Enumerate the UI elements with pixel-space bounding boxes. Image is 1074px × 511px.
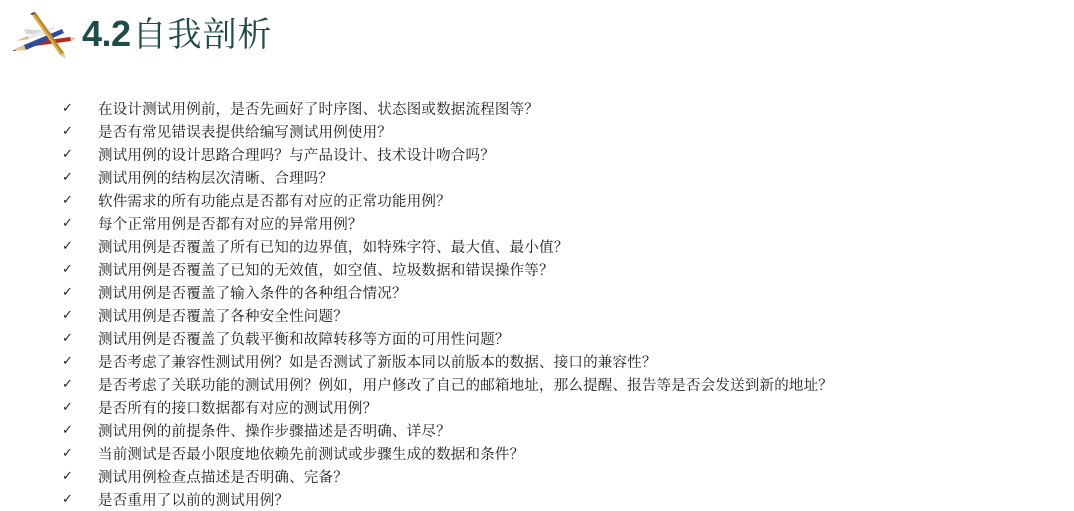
list-item-text: 是否重用了以前的测试用例？	[98, 489, 289, 510]
pencils-icon	[10, 9, 80, 59]
list-item-text: 是否考虑了兼容性测试用例？如是否测试了新版本同以前版本的数据、接口的兼容性？	[98, 351, 657, 372]
list-item: ✓当前测试是否最小限度地依赖先前测试或步骤生成的数据和条件？	[60, 442, 833, 465]
checklist: ✓在设计测试用例前，是否先画好了时序图、状态图或数据流程图等？ ✓是否有常见错误…	[60, 97, 833, 511]
list-item: ✓测试用例检查点描述是否明确、完备？	[60, 465, 833, 488]
list-item: ✓测试用例是否覆盖了负载平衡和故障转移等方面的可用性问题？	[60, 327, 833, 350]
list-item-text: 当前测试是否最小限度地依赖先前测试或步骤生成的数据和条件？	[98, 443, 524, 464]
list-item: ✓是否所有的接口数据都有对应的测试用例？	[60, 396, 833, 419]
list-item: ✓测试用例是否覆盖了各种安全性问题？	[60, 304, 833, 327]
checkmark-icon: ✓	[60, 216, 98, 231]
list-item: ✓是否有常见错误表提供给编写测试用例使用？	[60, 120, 833, 143]
checkmark-icon: ✓	[60, 377, 98, 392]
checkmark-icon: ✓	[60, 147, 98, 162]
list-item-text: 测试用例是否覆盖了负载平衡和故障转移等方面的可用性问题？	[98, 328, 510, 349]
list-item-text: 是否有常见错误表提供给编写测试用例使用？	[98, 121, 392, 142]
checkmark-icon: ✓	[60, 124, 98, 139]
list-item: ✓测试用例是否覆盖了输入条件的各种组合情况？	[60, 281, 833, 304]
checkmark-icon: ✓	[60, 446, 98, 461]
checkmark-icon: ✓	[60, 308, 98, 323]
checkmark-icon: ✓	[60, 101, 98, 116]
checkmark-icon: ✓	[60, 193, 98, 208]
list-item-text: 测试用例是否覆盖了所有已知的边界值，如特殊字符、最大值、最小值？	[98, 236, 568, 257]
list-item: ✓测试用例的设计思路合理吗？与产品设计、技术设计吻合吗？	[60, 143, 833, 166]
list-item-text: 测试用例是否覆盖了已知的无效值，如空值、垃圾数据和错误操作等？	[98, 259, 554, 280]
list-item: ✓软件需求的所有功能点是否都有对应的正常功能用例？	[60, 189, 833, 212]
checkmark-icon: ✓	[60, 170, 98, 185]
list-item: ✓测试用例是否覆盖了已知的无效值，如空值、垃圾数据和错误操作等？	[60, 258, 833, 281]
checkmark-icon: ✓	[60, 469, 98, 484]
checkmark-icon: ✓	[60, 285, 98, 300]
checkmark-icon: ✓	[60, 262, 98, 277]
checkmark-icon: ✓	[60, 423, 98, 438]
list-item: ✓是否考虑了关联功能的测试用例？例如，用户修改了自己的邮箱地址，那么提醒、报告等…	[60, 373, 833, 396]
list-item: ✓是否考虑了兼容性测试用例？如是否测试了新版本同以前版本的数据、接口的兼容性？	[60, 350, 833, 373]
list-item-text: 每个正常用例是否都有对应的异常用例？	[98, 213, 363, 234]
list-item-text: 是否考虑了关联功能的测试用例？例如，用户修改了自己的邮箱地址，那么提醒、报告等是…	[98, 374, 833, 395]
list-item: ✓在设计测试用例前，是否先画好了时序图、状态图或数据流程图等？	[60, 97, 833, 120]
list-item-text: 测试用例的设计思路合理吗？与产品设计、技术设计吻合吗？	[98, 144, 495, 165]
list-item: ✓测试用例是否覆盖了所有已知的边界值，如特殊字符、最大值、最小值？	[60, 235, 833, 258]
list-item: ✓测试用例的前提条件、操作步骤描述是否明确、详尽？	[60, 419, 833, 442]
list-item: ✓测试用例的结构层次清晰、合理吗？	[60, 166, 833, 189]
slide-header: 4.2 自我剖析	[10, 8, 273, 60]
list-item-text: 在设计测试用例前，是否先画好了时序图、状态图或数据流程图等？	[98, 98, 539, 119]
checkmark-icon: ✓	[60, 492, 98, 507]
list-item-text: 测试用例的前提条件、操作步骤描述是否明确、详尽？	[98, 420, 451, 441]
list-item-text: 测试用例是否覆盖了各种安全性问题？	[98, 305, 348, 326]
list-item: ✓是否重用了以前的测试用例？	[60, 488, 833, 511]
title-text: 自我剖析	[133, 18, 273, 52]
list-item-text: 测试用例检查点描述是否明确、完备？	[98, 466, 348, 487]
checkmark-icon: ✓	[60, 354, 98, 369]
title-number: 4.2	[82, 16, 131, 52]
checkmark-icon: ✓	[60, 239, 98, 254]
checkmark-icon: ✓	[60, 400, 98, 415]
page-title: 4.2 自我剖析	[82, 16, 273, 52]
list-item: ✓每个正常用例是否都有对应的异常用例？	[60, 212, 833, 235]
list-item-text: 是否所有的接口数据都有对应的测试用例？	[98, 397, 377, 418]
list-item-text: 测试用例是否覆盖了输入条件的各种组合情况？	[98, 282, 407, 303]
checkmark-icon: ✓	[60, 331, 98, 346]
list-item-text: 软件需求的所有功能点是否都有对应的正常功能用例？	[98, 190, 451, 211]
list-item-text: 测试用例的结构层次清晰、合理吗？	[98, 167, 333, 188]
